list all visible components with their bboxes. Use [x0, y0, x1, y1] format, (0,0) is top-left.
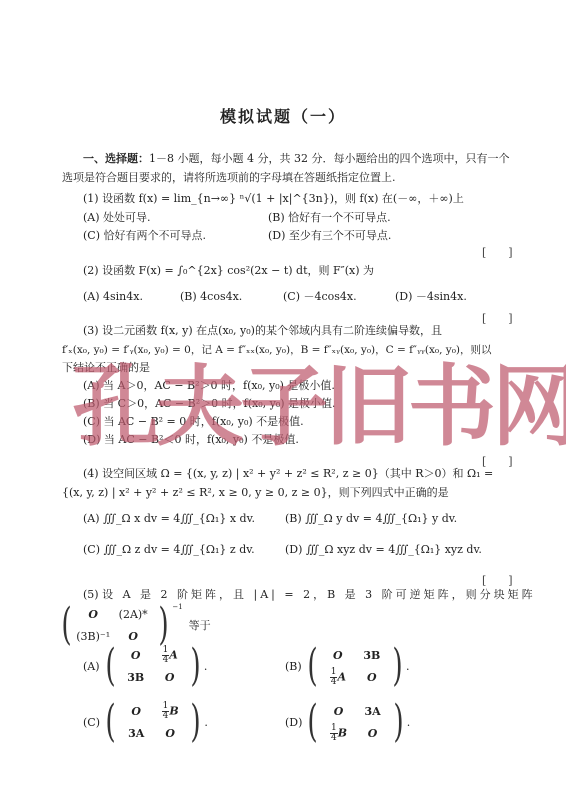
- answer-bracket-2[interactable]: [ ]: [482, 310, 513, 326]
- question-5-block-matrix: ( O (2A)* (3B)⁻¹ O ) −1 等于: [58, 603, 211, 647]
- page-title: 模拟试题（一）: [0, 104, 566, 127]
- question-2-option-b: (B) 4cos4x.: [180, 290, 242, 304]
- question-5-stem-line1: (5) 设 A 是 2 阶矩阵，且 |A| = 2，B 是 3 阶可逆矩阵，则分…: [83, 588, 536, 602]
- question-1-option-a: (A) 处处可导.: [83, 211, 151, 225]
- question-4-option-a: (A) ∭_Ω x dv = 4∭_{Ω₁} x dv.: [83, 512, 255, 526]
- question-2-stem: (2) 设函数 F(x) = ∫₀^{2x} cos²(2x − t) dt，则…: [83, 264, 374, 278]
- question-4-stem-line1: (4) 设空间区域 Ω = {(x, y, z) | x² + y² + z² …: [83, 467, 493, 481]
- question-4-option-c: (C) ∭_Ω z dv = 4∭_{Ω₁} z dv.: [83, 543, 255, 557]
- question-1-option-c: (C) 恰好有两个不可导点.: [83, 229, 206, 243]
- question-4-option-b: (B) ∭_Ω y dv = 4∭_{Ω₁} y dv.: [285, 512, 457, 526]
- section-heading: 一、选择题：: [83, 152, 149, 165]
- question-3-stem-line1: (3) 设二元函数 f(x, y) 在点(x₀, y₀)的某个邻域内具有二阶连续…: [83, 324, 442, 338]
- question-5-option-c: (C) ( O 14B 3A O ).: [83, 700, 208, 744]
- question-3-option-b: (B) 当 C＞0，AC − B²＞0 时，f(x₀, y₀) 是极小值.: [83, 397, 336, 411]
- exam-page: 模拟试题（一） 一、选择题：1－8 小题，每小题 4 分，共 32 分．每小题给…: [0, 0, 566, 800]
- question-4-option-d: (D) ∭_Ω xyz dv = 4∭_{Ω₁} xyz dv.: [285, 543, 482, 557]
- question-3-option-d: (D) 当 AC − B²＜0 时，f(x₀, y₀) 不是极值.: [83, 433, 299, 447]
- answer-bracket-1[interactable]: [ ]: [482, 244, 513, 260]
- question-3-stem-line3: 下结论不正确的是: [62, 361, 150, 375]
- question-1-option-b: (B) 恰好有一个不可导点.: [268, 211, 391, 225]
- section-instructions-line1: 一、选择题：1－8 小题，每小题 4 分，共 32 分．每小题给出的四个选项中，…: [83, 152, 509, 166]
- question-5-option-a: (A) ( O 14A 3B O ).: [83, 644, 207, 688]
- question-1-stem: (1) 设函数 f(x) = lim_{n→∞} ⁿ√(1 + |x|^{3n}…: [83, 192, 464, 206]
- answer-bracket-4[interactable]: [ ]: [482, 572, 513, 588]
- question-3-option-c: (C) 当 AC − B² = 0 时，f(x₀, y₀) 不是极值.: [83, 415, 304, 429]
- question-2-option-a: (A) 4sin4x.: [83, 290, 143, 304]
- section-instructions-line2: 选项是符合题目要求的，请将所选项前的字母填在答题纸指定位置上.: [62, 171, 396, 185]
- question-4-stem-line2: {(x, y, z) | x² + y² + z² ≤ R², x ≥ 0, y…: [62, 486, 449, 500]
- question-5-option-d: (D) ( O 3A 14B O ).: [285, 700, 410, 744]
- question-3-stem-line2: f′ₓ(x₀, y₀) = f′ᵧ(x₀, y₀) = 0，记 A = f″ₓₓ…: [62, 343, 492, 357]
- question-2-option-c: (C) －4cos4x.: [283, 290, 357, 304]
- question-3-option-a: (A) 当 A＞0，AC − B²＞0 时，f(x₀, y₀) 是极小值.: [83, 379, 335, 393]
- question-2-option-d: (D) －4sin4x.: [395, 290, 467, 304]
- question-1-option-d: (D) 至少有三个不可导点.: [268, 229, 391, 243]
- question-5-option-b: (B) ( O 3B 14A O ).: [285, 644, 410, 688]
